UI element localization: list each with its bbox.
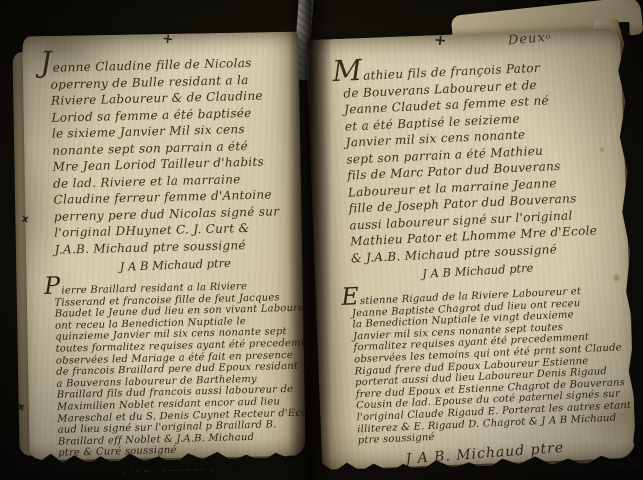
priest-signature: J A B Michaud ptre [54,254,296,276]
left-page: + Jeanne Claudine fille de Nicolasoperre… [22,32,305,461]
manuscript-scan: + Jeanne Claudine fille de Nicolasoperre… [0,0,643,480]
baptism-entry-jeanne-claudine: Jeanne Claudine fille de Nicolasoperreny… [50,47,297,258]
right-page: + Deuxo Mathieu fils de françois Patorde… [306,28,636,470]
page-number-word: Deuxo [507,30,552,49]
right-page-text: Mathieu fils de françois Patorde Bouvera… [343,51,613,470]
flourish-mark: o [545,32,552,41]
header-cross-mark: + [162,31,175,47]
marriage-entry-estienne-rigaud: Estienne Rigaud de la Riviere Laboureur … [351,278,612,447]
left-page-text: Jeanne Claudine fille de Nicolasoperreny… [51,48,300,480]
marriage-entry-pierre-braillard: Pierre Braillard residant a la RiviereTi… [54,273,300,460]
baptism-entry-mathieu-pator: Mathieu fils de françois Patorde Bouvera… [342,50,605,266]
header-cross-mark: + [433,30,447,49]
